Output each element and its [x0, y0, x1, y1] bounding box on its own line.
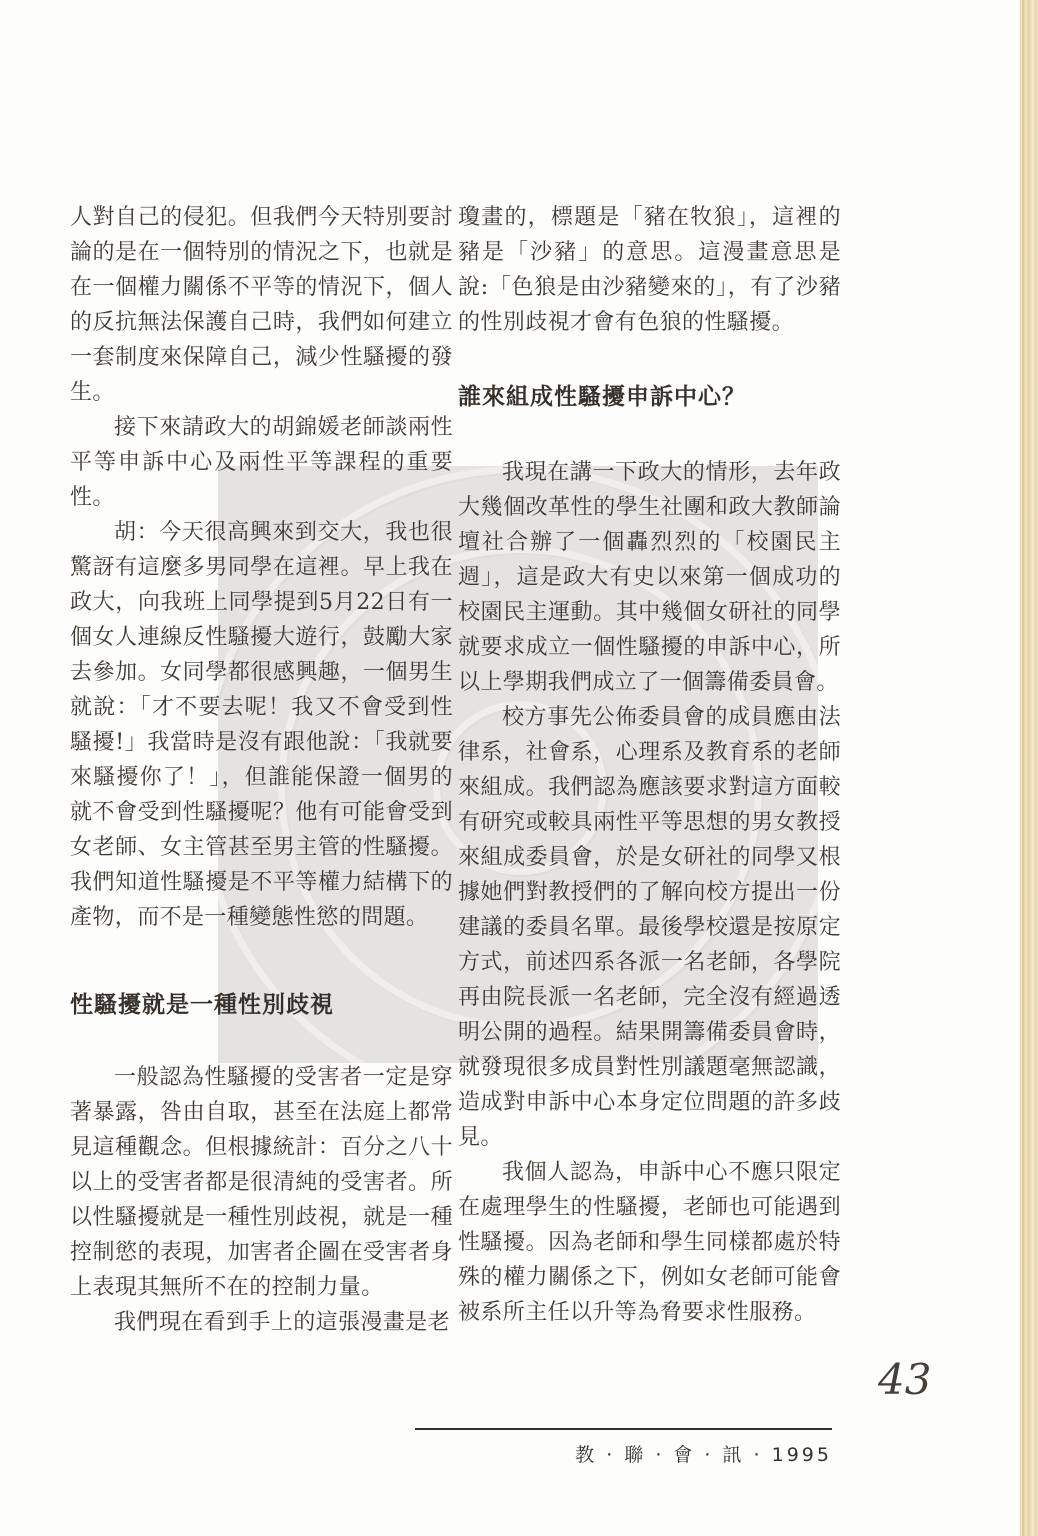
paragraph: 瓊畫的，標題是「豬在牧狼」，這裡的豬是「沙豬」的意思。這漫畫意思是說:「色狼是由… [458, 200, 841, 340]
paragraph: 一般認為性騷擾的受害者一定是穿著暴露，咎由自取，甚至在法庭上都常見這種觀念。但根… [70, 1060, 453, 1305]
paragraph: 胡：今天很高興來到交大，我也很驚訝有這麼多男同學在這裡。早上我在政大，向我班上同… [70, 515, 453, 935]
section-heading-complaint-center: 誰來組成性騷擾申訴中心？ [458, 382, 841, 412]
journal-footer: 教 · 聯 · 會 · 訊 · 1995 [415, 1440, 832, 1467]
section-heading-gender-discrimination: 性騷擾就是一種性別歧視 [70, 990, 453, 1020]
paragraph: 接下來請政大的胡錦媛老師談兩性平等申訴中心及兩性平等課程的重要性。 [70, 410, 453, 515]
paragraph: 人對自己的侵犯。但我們今天特別要討論的是在一個特別的情況之下，也就是在一個權力關… [70, 200, 453, 410]
right-column: 瓊畫的，標題是「豬在牧狼」，這裡的豬是「沙豬」的意思。這漫畫意思是說:「色狼是由… [458, 200, 841, 1330]
left-column: 人對自己的侵犯。但我們今天特別要討論的是在一個特別的情況之下，也就是在一個權力關… [70, 200, 453, 1340]
paragraph: 我們現在看到手上的這張漫畫是老 [70, 1305, 453, 1340]
page-number: 43 [878, 1355, 931, 1404]
footer-rule [415, 1428, 832, 1430]
scanned-page: 人對自己的侵犯。但我們今天特別要討論的是在一個特別的情況之下，也就是在一個權力關… [0, 0, 1038, 1536]
paragraph: 校方事先公佈委員會的成員應由法律系，社會系，心理系及教育系的老師來組成。我們認為… [458, 700, 841, 1155]
book-edge [1020, 0, 1038, 1536]
paragraph: 我個人認為，申訴中心不應只限定在處理學生的性騷擾，老師也可能遇到性騷擾。因為老師… [458, 1155, 841, 1330]
paragraph: 我現在講一下政大的情形，去年政大幾個改革性的學生社團和政大教師論壇社合辦了一個轟… [458, 455, 841, 700]
